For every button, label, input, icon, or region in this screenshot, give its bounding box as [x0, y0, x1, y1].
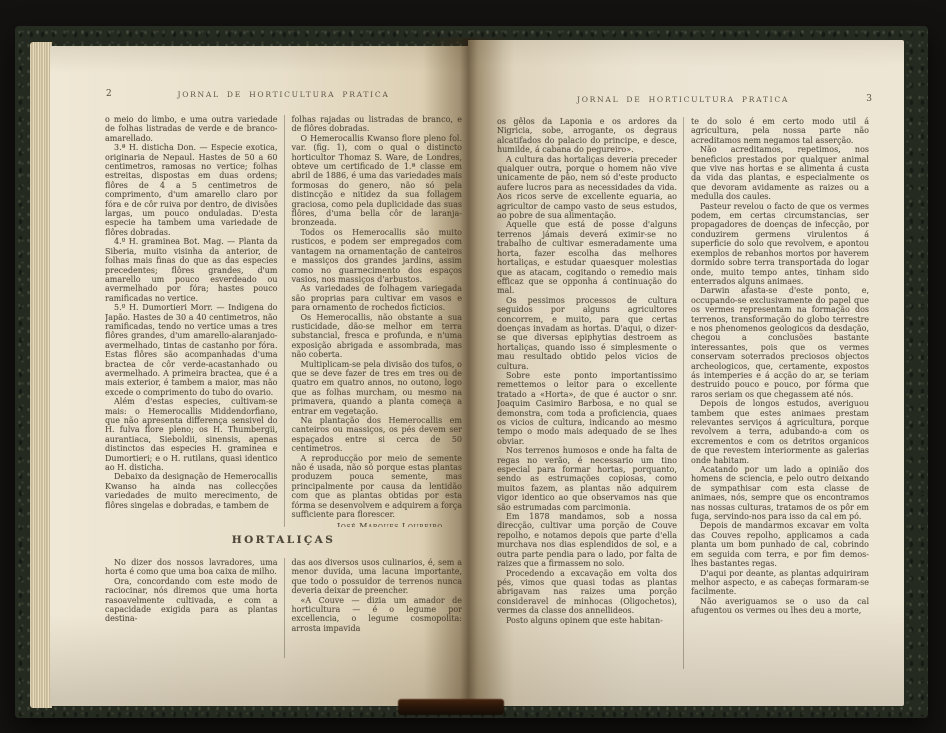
paragraph: Aquelle que está de posse d'alguns terre…: [497, 220, 677, 295]
paragraph: O Hemerocallis Kwanso flore pleno fol. v…: [292, 134, 463, 228]
section-heading-hortalicas: HORTALIÇAS: [105, 534, 462, 546]
paragraph: «A Couve — dizia um amador de horticultu…: [292, 596, 463, 634]
spine-bottom-shadow: [398, 699, 504, 715]
page-number-right: 3: [866, 94, 872, 104]
paragraph: Em 1878 mandamos, sob a nossa direcção, …: [497, 512, 677, 568]
hemerocallis-article-columns: o meio do limbo, e uma outra variedade d…: [105, 115, 462, 527]
right-page-column-2: te do solo é em certo modo util á agricu…: [683, 117, 869, 669]
paragraph: Depois de mandarmos excavar em volta das…: [691, 521, 869, 568]
paragraph: Darwin afasta-se d'este ponto, e, occupa…: [691, 286, 869, 399]
paragraph: A reproducção por meio de semente não é …: [292, 454, 463, 520]
paragraph: No dizer dos nossos lavradores, uma hort…: [105, 558, 278, 577]
left-page-column-1: o meio do limbo, e uma outra variedade d…: [105, 115, 284, 527]
paragraph: Não acreditamos, repetimos, nos benefici…: [691, 145, 869, 201]
paragraph: Nos terrenos humosos e onde ha falta de …: [497, 446, 677, 512]
paragraph: Além d'estas especies, cultivam-se mais:…: [105, 397, 278, 472]
paragraph: os gêlos da Laponia e os ardores da Nigr…: [497, 117, 677, 155]
paragraph: Depois de longos estudos, averiguou tamb…: [691, 399, 869, 465]
paragraph: Procedendo a excavação em volta dos pés,…: [497, 569, 677, 616]
paragraph: Acatando por um lado a opinião dos homen…: [691, 465, 869, 521]
paragraph: 4.º H. graminea Bot. Mag. — Planta da Si…: [105, 237, 278, 303]
left-page-column-2: folhas rajadas ou listradas de branco, e…: [284, 115, 463, 527]
left-page: 2 JORNAL DE HORTICULTURA PRATICA o meio …: [50, 46, 468, 706]
paragraph: Na plantação dos Hemerocallis em canteir…: [292, 416, 463, 454]
paragraph: Multiplicam-se pela divisão dos tufos, o…: [292, 360, 463, 416]
paragraph: Todos os Hemerocallis são muito rusticos…: [292, 228, 463, 284]
left-page-lower-column-2: das aos diversos usos culinarios, é, sem…: [284, 558, 463, 658]
running-title-left: JORNAL DE HORTICULTURA PRATICA: [105, 90, 462, 99]
paragraph: te do solo é em certo modo util á agricu…: [691, 117, 869, 145]
right-page: JORNAL DE HORTICULTURA PRATICA 3 os gêlo…: [468, 40, 904, 706]
paragraph: Os Hemerocallis, não obstante a sua rust…: [292, 313, 463, 360]
paragraph: Sobre este ponto importantissimo remette…: [497, 371, 677, 446]
paragraph: D'aqui por deante, as plantas adquiriram…: [691, 569, 869, 597]
paragraph: As variedades de folhagem variegada são …: [292, 284, 463, 312]
paragraph: Debaixo da designação de Hemerocallis Kw…: [105, 472, 278, 510]
author-signature: José Marques Loureiro.: [292, 522, 463, 527]
paragraph: Não averiguamos se o uso da cal afugento…: [691, 597, 869, 616]
left-page-lower-column-1: No dizer dos nossos lavradores, uma hort…: [105, 558, 284, 658]
paragraph: Os pessimos processos de cultura seguido…: [497, 296, 677, 371]
paragraph: Pasteur revelou o facto de que os vermes…: [691, 202, 869, 287]
paragraph: o meio do limbo, e uma outra variedade d…: [105, 115, 278, 143]
paragraph: 5.º H. Dumortieri Morr. — Indigena do Ja…: [105, 303, 278, 397]
paragraph: Posto alguns opinem que este habitan-: [497, 616, 677, 625]
paragraph: das aos diversos usos culinarios, é, sem…: [292, 558, 463, 596]
right-page-column-1: os gêlos da Laponia e os ardores da Nigr…: [497, 117, 683, 669]
book-photo-scene: 2 JORNAL DE HORTICULTURA PRATICA o meio …: [0, 0, 946, 733]
running-title-right: JORNAL DE HORTICULTURA PRATICA: [497, 95, 869, 104]
paragraph: folhas rajadas ou listradas de branco, e…: [292, 115, 463, 134]
paragraph: Ora, concordando com este modo de racioc…: [105, 577, 278, 624]
paragraph: 3.ª H. disticha Don. — Especie exotica, …: [105, 143, 278, 237]
page-edges-stack: [30, 42, 52, 708]
right-page-article-columns: os gêlos da Laponia e os ardores da Nigr…: [497, 117, 869, 669]
paragraph: A cultura das hortaliças deveria precede…: [497, 155, 677, 221]
hortalicas-article-columns: No dizer dos nossos lavradores, uma hort…: [105, 558, 462, 658]
